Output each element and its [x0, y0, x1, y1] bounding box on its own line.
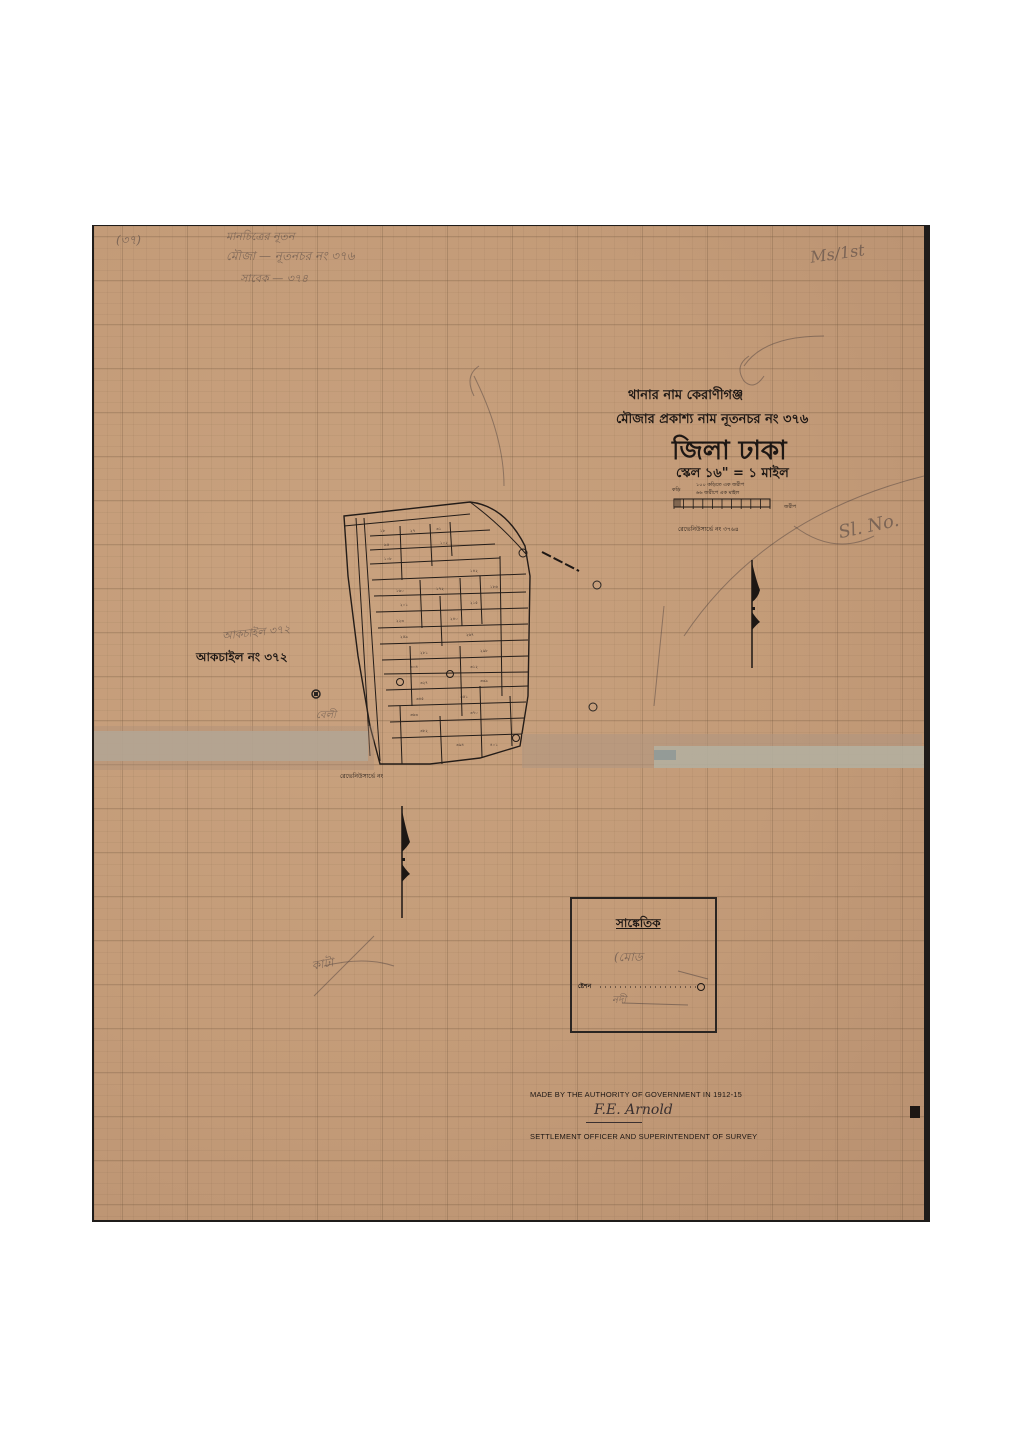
scale-bar-graphic	[672, 498, 782, 512]
svg-text:২৬৭: ২৬৭	[466, 632, 474, 637]
legend-pencil-strokes	[572, 899, 715, 1031]
svg-text:২২৩: ২২৩	[396, 618, 404, 623]
revenue-survey-number: রেভেনিউসার্ভে নং ৩৭৬৪	[678, 524, 739, 535]
svg-text:২৫৯: ২৫৯	[400, 634, 408, 639]
scale-bar-unit: জরীপ	[784, 504, 796, 512]
svg-text:৩০৪: ৩০৪	[410, 664, 418, 669]
svg-text:৩৭০: ৩৭০	[470, 710, 478, 715]
scale-bar-line1: ১০০ কড়িতে এক জরীপ	[696, 482, 744, 490]
svg-text:১৭২: ১৭২	[436, 586, 444, 591]
adjacent-mouza-label: আকচাইল নং ৩৭২	[196, 649, 288, 669]
repair-tape-stain	[654, 750, 676, 760]
svg-text:১০৮: ১০৮	[384, 556, 392, 561]
signature-underline	[586, 1122, 642, 1123]
svg-text:২৪০: ২৪০	[450, 616, 458, 621]
scale-bar-line2: ৬৬ জরীপে এক মাইল	[696, 490, 739, 498]
svg-text:৩৬৩: ৩৬৩	[410, 712, 418, 717]
scale-bar: কড়ি ১০০ কড়িতে এক জরীপ ৬৬ জরীপে এক মাইল…	[672, 482, 822, 518]
svg-text:৩৪৫: ৩৪৫	[416, 696, 424, 701]
officer-title: SETTLEMENT OFFICER AND SUPERINTENDENT OF…	[530, 1132, 757, 1141]
svg-text:১৬০: ১৬০	[396, 588, 404, 593]
cadastral-map-sheet: (৩৭) মানচিত্রের নূতন মৌজা — নূতনচর নং ৩৭…	[94, 226, 924, 1220]
svg-text:১৮৬: ১৮৬	[490, 584, 498, 589]
edge-mark	[910, 1106, 920, 1118]
bottom-survey-label: রেভেনিউসার্ভে নং	[340, 771, 383, 782]
svg-text:২৯৮: ২৯৮	[480, 648, 488, 653]
svg-text:৩৯৪: ৩৯৪	[456, 742, 464, 747]
svg-text:৩১২: ৩১২	[470, 664, 478, 669]
svg-text:৩৮২: ৩৮২	[420, 728, 428, 733]
north-arrow-icon	[744, 560, 764, 670]
svg-text:১৪২: ১৪২	[470, 568, 478, 573]
svg-text:২১৫: ২১৫	[470, 600, 478, 605]
svg-text:৪০১: ৪০১	[490, 742, 498, 747]
svg-text:১৮: ১৮	[380, 528, 386, 533]
svg-text:৯৫: ৯৫	[384, 542, 390, 547]
svg-text:২৭: ২৭	[410, 528, 416, 533]
north-arrow-icon-lower	[394, 806, 414, 926]
mouza-name: মৌজার প্রকাশ্য নাম নূতনচর নং ৩৭৬	[616, 410, 808, 431]
svg-text:২০১: ২০১	[400, 602, 408, 607]
scale-bar-left-label: কড়ি	[672, 487, 681, 495]
svg-text:৩৫১: ৩৫১	[460, 694, 468, 699]
thana-name: থানার নাম কেরাণীগঞ্জ	[628, 386, 743, 407]
officer-signature: F.E. Arnold	[594, 1102, 673, 1118]
repair-tape-right-inner	[654, 746, 924, 768]
svg-text:৩১: ৩১	[436, 526, 442, 531]
svg-text:১০২: ১০২	[440, 540, 448, 545]
svg-text:৩৩৯: ৩৩৯	[480, 678, 488, 683]
map-legend: সাঙ্কেতিক (মোড ষ্টেশন নদী	[570, 897, 717, 1033]
svg-text:৩২৭: ৩২৭	[420, 680, 428, 685]
repair-tape-left-shadow	[94, 726, 374, 770]
svg-text:২৮১: ২৮১	[420, 650, 428, 655]
authority-statement: MADE BY THE AUTHORITY OF GOVERNMENT IN 1…	[530, 1090, 742, 1099]
